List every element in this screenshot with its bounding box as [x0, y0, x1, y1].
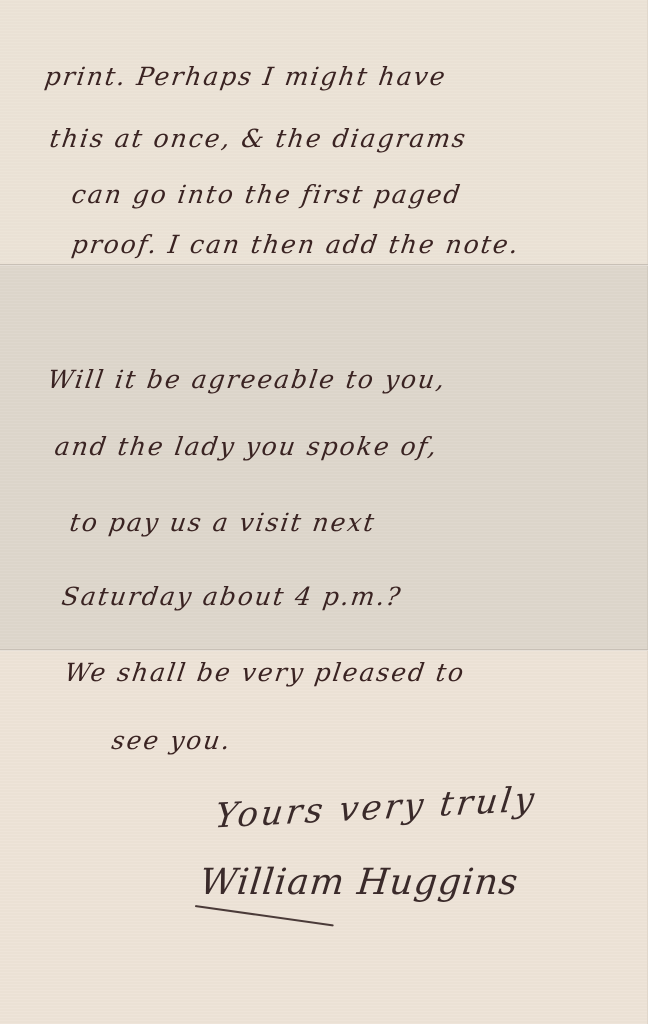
letter-panel-bottom: [0, 650, 648, 1024]
letter-line: We shall be very pleased to: [63, 658, 467, 687]
letter-line: this at once, & the diagrams: [48, 124, 469, 153]
letter-line: print. Perhaps I might have: [43, 62, 449, 91]
letter-line: can go into the first paged: [70, 180, 464, 209]
letter-line: and the lady you spoke of,: [53, 432, 440, 461]
letter-page: print. Perhaps I might have this at once…: [0, 0, 648, 1024]
letter-line: Saturday about 4 p.m.?: [60, 582, 404, 611]
signature: William Huggins: [198, 862, 521, 903]
paper-fold-line: [0, 264, 648, 266]
letter-line: to pay us a visit next: [68, 508, 378, 537]
letter-line: Will it be agreeable to you,: [46, 365, 448, 394]
letter-line: see you.: [110, 726, 234, 755]
paper-fold-line: [0, 649, 648, 651]
letter-line: proof. I can then add the note.: [70, 230, 522, 259]
